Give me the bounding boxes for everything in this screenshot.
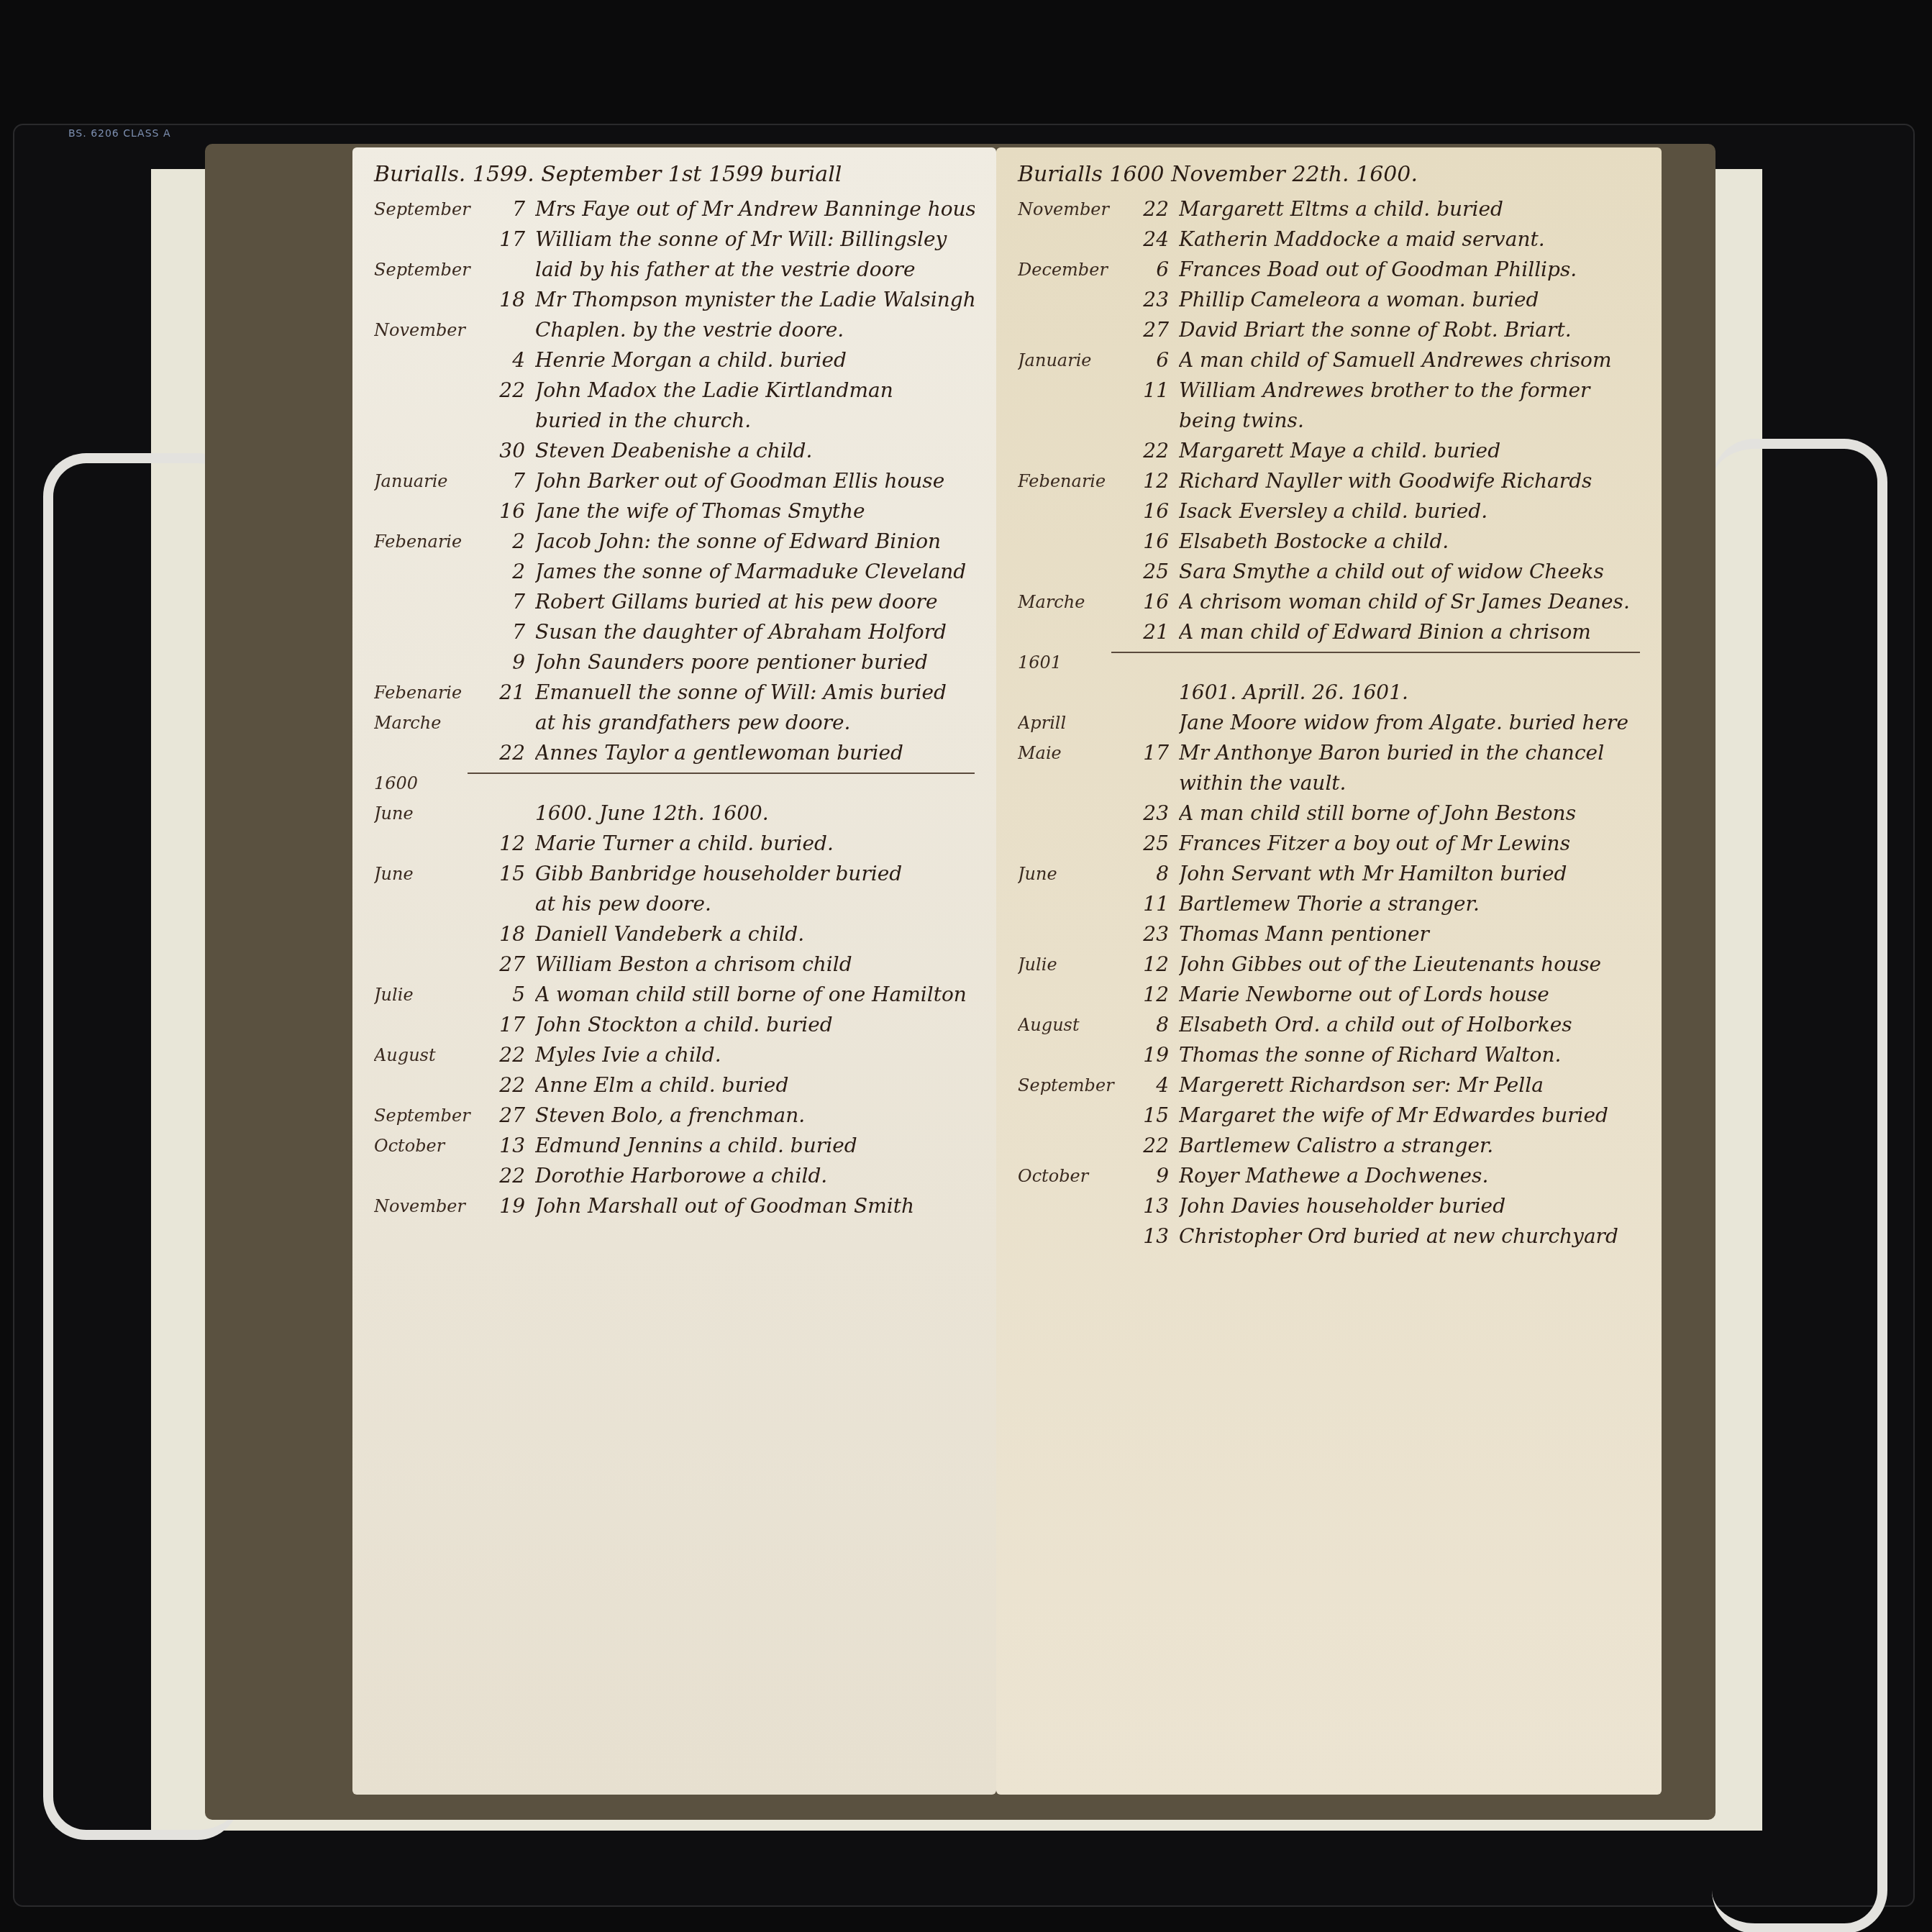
register-entry: June1600. June 12th. 1600. <box>374 798 975 829</box>
day-number: 13 <box>468 1131 535 1161</box>
month-label <box>374 587 468 617</box>
register-entry: June8John Servant wth Mr Hamilton buried <box>1018 859 1640 889</box>
day-number: 22 <box>1111 1131 1179 1161</box>
register-entry: 22Dorothie Harborowe a child. <box>374 1161 975 1191</box>
month-label: November <box>1018 194 1111 224</box>
register-entry: Marcheat his grandfathers pew doore. <box>374 708 975 738</box>
day-number: 15 <box>468 859 535 889</box>
month-label <box>1018 617 1111 647</box>
register-entry: August22Myles Ivie a child. <box>374 1040 975 1070</box>
month-label <box>374 224 468 255</box>
entry-text: Dorothie Harborowe a child. <box>535 1161 975 1191</box>
register-entry: 25Sara Smythe a child out of widow Cheek… <box>1018 557 1640 587</box>
register-entry: October13Edmund Jennins a child. buried <box>374 1131 975 1161</box>
day-number: 16 <box>1111 527 1179 557</box>
register-entry: Febenarie12Richard Nayller with Goodwife… <box>1018 466 1640 496</box>
month-label: August <box>374 1040 468 1070</box>
entry-text: Richard Nayller with Goodwife Richards <box>1179 466 1640 496</box>
register-entry: Febenarie2Jacob John: the sonne of Edwar… <box>374 527 975 557</box>
day-number: 22 <box>468 1070 535 1101</box>
entry-text: John Gibbes out of the Lieutenants house <box>1179 949 1640 980</box>
month-label: November <box>374 315 468 345</box>
entry-text: Steven Bolo, a frenchman. <box>535 1101 975 1131</box>
month-label <box>1018 224 1111 255</box>
month-label: Januarie <box>1018 345 1111 375</box>
month-label <box>1018 980 1111 1010</box>
register-entry: 1601. Aprill. 26. 1601. <box>1018 678 1640 708</box>
day-number: 6 <box>1111 345 1179 375</box>
month-label <box>1018 829 1111 859</box>
month-label: Maie <box>1018 738 1111 768</box>
month-label: October <box>374 1131 468 1161</box>
month-label <box>1018 285 1111 315</box>
entry-text: Mr Thompson mynister the Ladie Walsingha… <box>535 285 975 315</box>
month-label: Febenarie <box>374 678 468 708</box>
day-number <box>468 889 535 919</box>
month-label <box>374 738 468 768</box>
register-entry: Maie17Mr Anthonye Baron buried in the ch… <box>1018 738 1640 768</box>
day-number: 27 <box>468 949 535 980</box>
entry-text: Bartlemew Calistro a stranger. <box>1179 1131 1640 1161</box>
month-label: November <box>374 1191 468 1221</box>
entry-text: John Servant wth Mr Hamilton buried <box>1179 859 1640 889</box>
day-number: 4 <box>1111 1070 1179 1101</box>
day-number: 17 <box>468 1010 535 1040</box>
ribbon-tie-right <box>1712 439 1887 1932</box>
register-entry: 23A man child still borne of John Beston… <box>1018 798 1640 829</box>
register-entry: November19John Marshall out of Goodman S… <box>374 1191 975 1221</box>
month-label <box>374 617 468 647</box>
day-number: 21 <box>468 678 535 708</box>
day-number: 11 <box>1111 375 1179 406</box>
entry-text: Jane Moore widow from Algate. buried her… <box>1179 708 1640 738</box>
register-entry: 22Bartlemew Calistro a stranger. <box>1018 1131 1640 1161</box>
register-entry: NovemberChaplen. by the vestrie doore. <box>374 315 975 345</box>
register-entry: within the vault. <box>1018 768 1640 798</box>
month-label: Julie <box>374 980 468 1010</box>
register-entry: December6Frances Boad out of Goodman Phi… <box>1018 255 1640 285</box>
register-entry: 16Jane the wife of Thomas Smythe <box>374 496 975 527</box>
register-entry: 22John Madox the Ladie Kirtlandman <box>374 375 975 406</box>
register-entry: Julie12John Gibbes out of the Lieutenant… <box>1018 949 1640 980</box>
register-entry: June15Gibb Banbridge householder buried <box>374 859 975 889</box>
day-number: 12 <box>1111 980 1179 1010</box>
register-entry: AprillJane Moore widow from Algate. buri… <box>1018 708 1640 738</box>
month-label <box>1018 678 1111 708</box>
register-entry: 18Daniell Vandeberk a child. <box>374 919 975 949</box>
register-entry: 17John Stockton a child. buried <box>374 1010 975 1040</box>
month-label <box>1018 889 1111 919</box>
entry-text: Robert Gillams buried at his pew doore <box>535 587 975 617</box>
entry-text: Margaret the wife of Mr Edwardes buried <box>1179 1101 1640 1131</box>
entry-text: John Stockton a child. buried <box>535 1010 975 1040</box>
day-number: 27 <box>468 1101 535 1131</box>
entry-text: John Saunders poore pentioner buried <box>535 647 975 678</box>
month-label <box>1018 527 1111 557</box>
register-entry: August8Elsabeth Ord. a child out of Holb… <box>1018 1010 1640 1040</box>
year-marker: 1600 <box>374 768 975 798</box>
day-number <box>1111 406 1179 436</box>
entry-text: at his pew doore. <box>535 889 975 919</box>
day-number: 22 <box>1111 436 1179 466</box>
month-label <box>1018 768 1111 798</box>
month-label <box>374 1070 468 1101</box>
day-number <box>468 406 535 436</box>
entry-text: Elsabeth Ord. a child out of Holborkes <box>1179 1010 1640 1040</box>
year-label: 1600 <box>374 768 468 798</box>
entry-text: Mrs Faye out of Mr Andrew Banninge house <box>535 194 975 224</box>
month-label: Marche <box>1018 587 1111 617</box>
month-label: October <box>1018 1161 1111 1191</box>
entry-text: Steven Deabenishe a child. <box>535 436 975 466</box>
month-label: August <box>1018 1010 1111 1040</box>
month-label <box>1018 315 1111 345</box>
month-label: June <box>374 859 468 889</box>
day-number: 23 <box>1111 919 1179 949</box>
month-label: September <box>374 194 468 224</box>
register-entry: 9John Saunders poore pentioner buried <box>374 647 975 678</box>
register-entry: Febenarie21Emanuell the sonne of Will: A… <box>374 678 975 708</box>
month-label: September <box>374 1101 468 1131</box>
day-number: 21 <box>1111 617 1179 647</box>
entry-text: Daniell Vandeberk a child. <box>535 919 975 949</box>
day-number: 16 <box>468 496 535 527</box>
entry-text: William the sonne of Mr Will: Billingsle… <box>535 224 975 255</box>
entry-text: Margarett Eltms a child. buried <box>1179 194 1640 224</box>
month-label: September <box>374 255 468 285</box>
entry-text: Anne Elm a child. buried <box>535 1070 975 1101</box>
month-label <box>374 1010 468 1040</box>
entry-text: Marie Turner a child. buried. <box>535 829 975 859</box>
register-entry: October9Royer Mathewe a Dochwenes. <box>1018 1161 1640 1191</box>
entry-text: Frances Boad out of Goodman Phillips. <box>1179 255 1640 285</box>
day-number: 27 <box>1111 315 1179 345</box>
entry-text: Royer Mathewe a Dochwenes. <box>1179 1161 1640 1191</box>
day-number <box>468 315 535 345</box>
entry-text: Jacob John: the sonne of Edward Binion <box>535 527 975 557</box>
day-number: 22 <box>468 1161 535 1191</box>
entry-text: A man child of Edward Binion a chrisom <box>1179 617 1640 647</box>
register-entry: 7Susan the daughter of Abraham Holford <box>374 617 975 647</box>
entry-text: William Beston a chrisom child <box>535 949 975 980</box>
month-label <box>1018 496 1111 527</box>
day-number: 5 <box>468 980 535 1010</box>
day-number <box>468 255 535 285</box>
month-label <box>1018 1221 1111 1252</box>
month-label <box>374 1161 468 1191</box>
register-entry: at his pew doore. <box>374 889 975 919</box>
month-label <box>374 436 468 466</box>
month-label <box>1018 557 1111 587</box>
day-number: 30 <box>468 436 535 466</box>
entry-text: 1600. June 12th. 1600. <box>535 798 975 829</box>
register-entry: 16Elsabeth Bostocke a child. <box>1018 527 1640 557</box>
left-page: Burialls. 1599. September 1st 1599 buria… <box>352 147 996 1795</box>
register-entry: 23Thomas Mann pentioner <box>1018 919 1640 949</box>
register-entry: 12Marie Turner a child. buried. <box>374 829 975 859</box>
month-label <box>1018 1131 1111 1161</box>
month-label <box>374 496 468 527</box>
register-entry: 2James the sonne of Marmaduke Cleveland <box>374 557 975 587</box>
entry-text: A man child of Samuell Andrewes chrisom <box>1179 345 1640 375</box>
day-number: 9 <box>1111 1161 1179 1191</box>
register-entry: 24Katherin Maddocke a maid servant. <box>1018 224 1640 255</box>
day-number: 12 <box>1111 466 1179 496</box>
day-number: 17 <box>1111 738 1179 768</box>
entry-text: John Davies householder buried <box>1179 1191 1640 1221</box>
entry-text: Margerett Richardson ser: Mr Pella <box>1179 1070 1640 1101</box>
day-number: 8 <box>1111 1010 1179 1040</box>
month-label <box>374 949 468 980</box>
entry-text: Thomas Mann pentioner <box>1179 919 1640 949</box>
register-entry: September27Steven Bolo, a frenchman. <box>374 1101 975 1131</box>
register-entry: 13Christopher Ord buried at new churchya… <box>1018 1221 1640 1252</box>
register-entry: 25Frances Fitzer a boy out of Mr Lewins <box>1018 829 1640 859</box>
day-number: 25 <box>1111 829 1179 859</box>
register-entry: 21A man child of Edward Binion a chrisom <box>1018 617 1640 647</box>
register-entry: 11Bartlemew Thorie a stranger. <box>1018 889 1640 919</box>
day-number: 22 <box>468 1040 535 1070</box>
entry-text: Chaplen. by the vestrie doore. <box>535 315 975 345</box>
register-entry: 27David Briart the sonne of Robt. Briart… <box>1018 315 1640 345</box>
month-label <box>374 919 468 949</box>
entry-text: laid by his father at the vestrie doore <box>535 255 975 285</box>
day-number <box>468 708 535 738</box>
entry-text: Gibb Banbridge householder buried <box>535 859 975 889</box>
month-label: Febenarie <box>374 527 468 557</box>
entry-text: Emanuell the sonne of Will: Amis buried <box>535 678 975 708</box>
day-number: 22 <box>468 738 535 768</box>
day-number: 9 <box>468 647 535 678</box>
register-entry: 11William Andrewes brother to the former <box>1018 375 1640 406</box>
entry-text: Bartlemew Thorie a stranger. <box>1179 889 1640 919</box>
day-number: 12 <box>468 829 535 859</box>
entry-text: Mr Anthonye Baron buried in the chancel <box>1179 738 1640 768</box>
register-entry: Julie5A woman child still borne of one H… <box>374 980 975 1010</box>
day-number: 4 <box>468 345 535 375</box>
day-number: 18 <box>468 285 535 315</box>
month-label: Aprill <box>1018 708 1111 738</box>
day-number: 7 <box>468 587 535 617</box>
entry-text: Annes Taylor a gentlewoman buried <box>535 738 975 768</box>
register-entry: 17William the sonne of Mr Will: Billings… <box>374 224 975 255</box>
day-number: 7 <box>468 466 535 496</box>
entry-text: A man child still borne of John Bestons <box>1179 798 1640 829</box>
entry-text: at his grandfathers pew doore. <box>535 708 975 738</box>
register-entry: 7Robert Gillams buried at his pew doore <box>374 587 975 617</box>
left-page-heading: Burialls. 1599. September 1st 1599 buria… <box>374 162 975 187</box>
entry-text: A woman child still borne of one Hamilto… <box>535 980 975 1010</box>
entry-text: Henrie Morgan a child. buried <box>535 345 975 375</box>
section-rule <box>1111 652 1640 673</box>
register-entry: 22Annes Taylor a gentlewoman buried <box>374 738 975 768</box>
day-number <box>1111 708 1179 738</box>
register-entry: 22Anne Elm a child. buried <box>374 1070 975 1101</box>
entry-text: John Barker out of Goodman Ellis house <box>535 466 975 496</box>
month-label <box>374 285 468 315</box>
day-number: 15 <box>1111 1101 1179 1131</box>
register-entry: 12Marie Newborne out of Lords house <box>1018 980 1640 1010</box>
entry-text: Susan the daughter of Abraham Holford <box>535 617 975 647</box>
section-rule <box>468 773 975 794</box>
day-number: 24 <box>1111 224 1179 255</box>
month-label <box>1018 406 1111 436</box>
entry-text: Margarett Maye a child. buried <box>1179 436 1640 466</box>
day-number: 7 <box>468 194 535 224</box>
day-number: 12 <box>1111 949 1179 980</box>
entry-text: Christopher Ord buried at new churchyard <box>1179 1221 1640 1252</box>
month-label <box>374 889 468 919</box>
day-number: 7 <box>468 617 535 647</box>
register-entry: 18Mr Thompson mynister the Ladie Walsing… <box>374 285 975 315</box>
day-number: 6 <box>1111 255 1179 285</box>
entry-text: Sara Smythe a child out of widow Cheeks <box>1179 557 1640 587</box>
day-number <box>1111 678 1179 708</box>
entry-text: Marie Newborne out of Lords house <box>1179 980 1640 1010</box>
entry-text: John Marshall out of Goodman Smith <box>535 1191 975 1221</box>
entry-text: buried in the church. <box>535 406 975 436</box>
register-entry: Marche16A chrisom woman child of Sr Jame… <box>1018 587 1640 617</box>
month-label <box>374 829 468 859</box>
day-number <box>468 798 535 829</box>
day-number: 13 <box>1111 1221 1179 1252</box>
month-label: Febenarie <box>1018 466 1111 496</box>
month-label <box>374 647 468 678</box>
entry-text: James the sonne of Marmaduke Cleveland <box>535 557 975 587</box>
right-page-heading: Burialls 1600 November 22th. 1600. <box>1018 162 1640 187</box>
month-label: Januarie <box>374 466 468 496</box>
entry-text: Katherin Maddocke a maid servant. <box>1179 224 1640 255</box>
register-entry: 19Thomas the sonne of Richard Walton. <box>1018 1040 1640 1070</box>
month-label <box>1018 375 1111 406</box>
left-entries: September7Mrs Faye out of Mr Andrew Bann… <box>374 194 975 1221</box>
entry-text: David Briart the sonne of Robt. Briart. <box>1179 315 1640 345</box>
day-number: 16 <box>1111 496 1179 527</box>
entry-text: 1601. Aprill. 26. 1601. <box>1179 678 1640 708</box>
month-label <box>1018 798 1111 829</box>
day-number: 11 <box>1111 889 1179 919</box>
register-entry: Januarie7John Barker out of Goodman Elli… <box>374 466 975 496</box>
register-entry: 16Isack Eversley a child. buried. <box>1018 496 1640 527</box>
day-number <box>1111 768 1179 798</box>
year-label: 1601 <box>1018 647 1111 678</box>
entry-text: A chrisom woman child of Sr James Deanes… <box>1179 587 1640 617</box>
year-marker: 1601 <box>1018 647 1640 678</box>
month-label <box>374 557 468 587</box>
day-number: 8 <box>1111 859 1179 889</box>
month-label <box>374 406 468 436</box>
day-number: 22 <box>468 375 535 406</box>
case-label: BS. 6206 CLASS A <box>68 128 171 140</box>
right-entries: November22Margarett Eltms a child. burie… <box>1018 194 1640 1252</box>
day-number: 2 <box>468 527 535 557</box>
month-label <box>1018 919 1111 949</box>
register-entry: 4Henrie Morgan a child. buried <box>374 345 975 375</box>
entry-text: William Andrewes brother to the former <box>1179 375 1640 406</box>
day-number: 22 <box>1111 194 1179 224</box>
day-number: 17 <box>468 224 535 255</box>
month-label <box>374 375 468 406</box>
month-label: September <box>1018 1070 1111 1101</box>
month-label <box>1018 1191 1111 1221</box>
register-entry: being twins. <box>1018 406 1640 436</box>
month-label <box>1018 1040 1111 1070</box>
month-label <box>1018 1101 1111 1131</box>
entry-text: being twins. <box>1179 406 1640 436</box>
entry-text: Thomas the sonne of Richard Walton. <box>1179 1040 1640 1070</box>
day-number: 23 <box>1111 285 1179 315</box>
day-number: 13 <box>1111 1191 1179 1221</box>
entry-text: John Madox the Ladie Kirtlandman <box>535 375 975 406</box>
register-entry: 23Phillip Cameleora a woman. buried <box>1018 285 1640 315</box>
register-entry: September7Mrs Faye out of Mr Andrew Bann… <box>374 194 975 224</box>
month-label <box>374 345 468 375</box>
register-entry: Septemberlaid by his father at the vestr… <box>374 255 975 285</box>
day-number: 19 <box>468 1191 535 1221</box>
register-entry: 13John Davies householder buried <box>1018 1191 1640 1221</box>
entry-text: within the vault. <box>1179 768 1640 798</box>
register-entry: 30Steven Deabenishe a child. <box>374 436 975 466</box>
register-entry: November22Margarett Eltms a child. burie… <box>1018 194 1640 224</box>
day-number: 25 <box>1111 557 1179 587</box>
month-label: Marche <box>374 708 468 738</box>
month-label: June <box>1018 859 1111 889</box>
register-entry: Januarie6A man child of Samuell Andrewes… <box>1018 345 1640 375</box>
month-label: December <box>1018 255 1111 285</box>
month-label: June <box>374 798 468 829</box>
month-label <box>1018 436 1111 466</box>
entry-text: Isack Eversley a child. buried. <box>1179 496 1640 527</box>
day-number: 16 <box>1111 587 1179 617</box>
day-number: 2 <box>468 557 535 587</box>
entry-text: Phillip Cameleora a woman. buried <box>1179 285 1640 315</box>
entry-text: Jane the wife of Thomas Smythe <box>535 496 975 527</box>
day-number: 23 <box>1111 798 1179 829</box>
entry-text: Edmund Jennins a child. buried <box>535 1131 975 1161</box>
entry-text: Myles Ivie a child. <box>535 1040 975 1070</box>
register-entry: 27William Beston a chrisom child <box>374 949 975 980</box>
register-entry: 15Margaret the wife of Mr Edwardes burie… <box>1018 1101 1640 1131</box>
entry-text: Elsabeth Bostocke a child. <box>1179 527 1640 557</box>
register-entry: September4Margerett Richardson ser: Mr P… <box>1018 1070 1640 1101</box>
entry-text: Frances Fitzer a boy out of Mr Lewins <box>1179 829 1640 859</box>
day-number: 18 <box>468 919 535 949</box>
month-label: Julie <box>1018 949 1111 980</box>
register-entry: buried in the church. <box>374 406 975 436</box>
day-number: 19 <box>1111 1040 1179 1070</box>
right-page: Burialls 1600 November 22th. 1600. Novem… <box>996 147 1662 1795</box>
register-entry: 22Margarett Maye a child. buried <box>1018 436 1640 466</box>
